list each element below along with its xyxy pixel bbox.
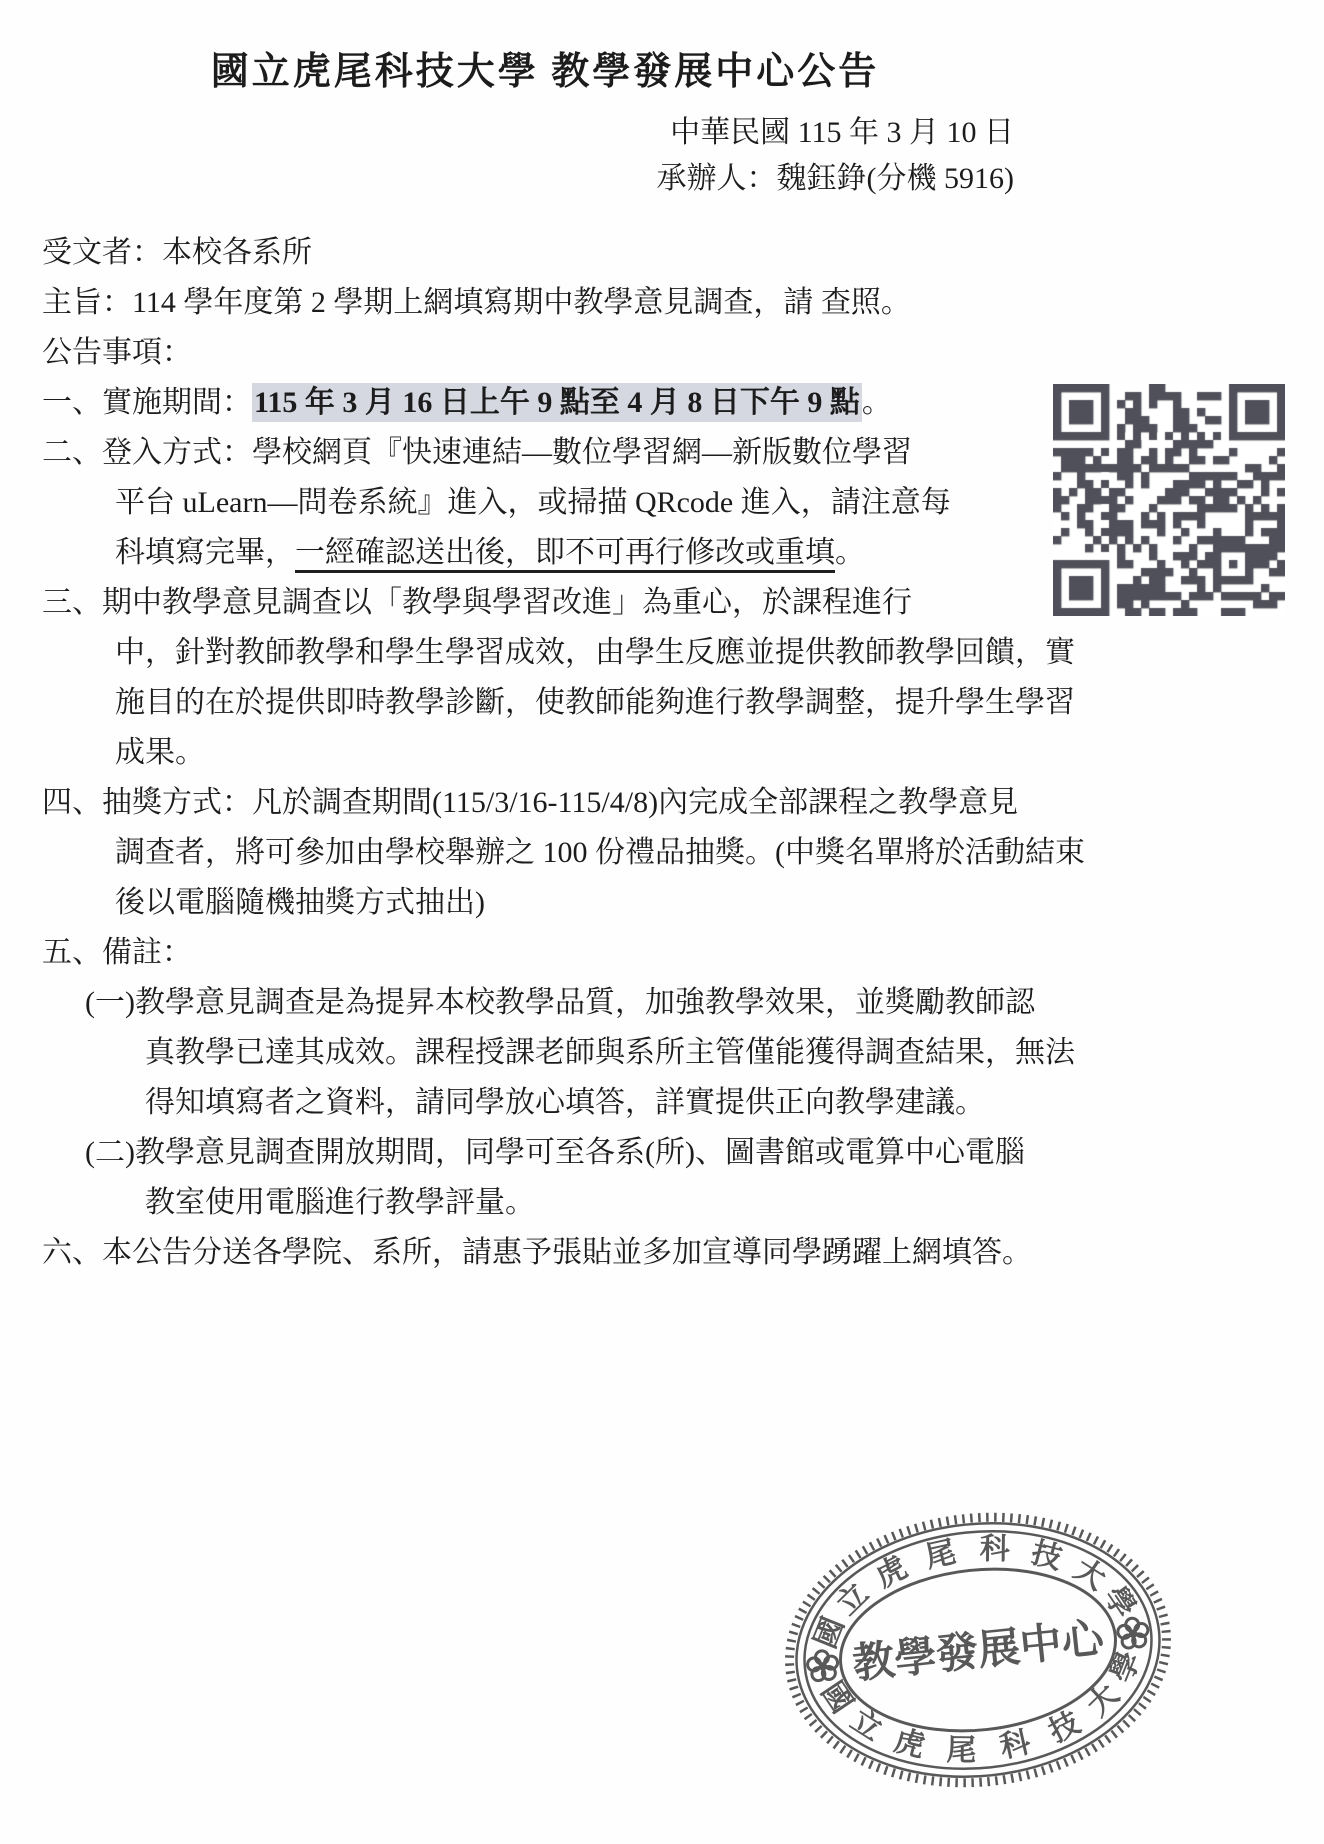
document-date: 中華民國 115 年 3 月 10 日 (0, 110, 1014, 156)
document-line: 四、抽獎方式：凡於調查期間(115/3/16-115/4/8)內完成全部課程之教… (42, 778, 1292, 828)
text-segment-normal: 二、登入方式：學校網頁『快速連結—數位學習網—新版數位學習 (42, 436, 912, 469)
text-segment-normal: 調查者，將可參加由學校舉辦之 100 份禮品抽獎。(中獎名單將於活動結束 (115, 836, 1085, 869)
text-segment-highlight: 115 年 3 月 16 日上午 9 點至 4 月 8 日下午 9 點 (252, 383, 862, 422)
document-line: 後以電腦隨機抽獎方式抽出) (42, 878, 1292, 928)
plum-blossom-icon (806, 1649, 839, 1681)
text-segment-normal: 一、實施期間： (42, 386, 252, 419)
stamp-ring-char: 國 (815, 1676, 859, 1719)
plum-blossom-icon (1117, 1617, 1150, 1649)
stamp-center-text: 教學發展中心 (850, 1615, 1108, 1688)
text-segment-normal: 四、抽獎方式：凡於調查期間(115/3/16-115/4/8)內完成全部課程之教… (42, 786, 1018, 819)
stamp-ring-char: 尾 (922, 1536, 958, 1575)
stamp-ring-char: 技 (1028, 1536, 1065, 1576)
document-meta: 中華民國 115 年 3 月 10 日 承辦人：魏鈺錚(分機 5916) (0, 110, 1014, 202)
text-segment-normal: 。 (835, 536, 865, 569)
document-line: (二)教學意見調查開放期間，同學可至各系(所)、圖書館或電算中心電腦 (42, 1128, 1292, 1178)
stamp-ring-char: 科 (997, 1725, 1034, 1765)
qr-code (1053, 384, 1285, 616)
document-title: 國立虎尾科技大學 教學發展中心公告 (0, 40, 1090, 95)
stamp-ring-char: 立 (831, 1577, 876, 1622)
text-segment-normal: 科填寫完畢， (115, 536, 295, 569)
stamp-ring-char: 大 (1081, 1678, 1126, 1723)
document-line: 施目的在於提供即時教學診斷，使教師能夠進行教學調整，提升學生學習 (42, 678, 1292, 728)
text-segment-normal: 主旨：114 學年度第 2 學期上網填寫期中教學意見調查，請 查照。 (42, 286, 911, 319)
document-handler: 承辦人：魏鈺錚(分機 5916) (0, 156, 1014, 202)
text-segment-normal: 公告事項： (42, 336, 192, 369)
document-line: 得知填寫者之資料，請同學放心填答，詳實提供正向教學建議。 (42, 1078, 1292, 1128)
text-segment-normal: 成果。 (115, 736, 205, 769)
announcement-document: 國立虎尾科技大學 教學發展中心公告 中華民國 115 年 3 月 10 日 承辦… (0, 0, 1324, 1844)
text-segment-normal: (一)教學意見調查是為提昇本校教學品質，加強教學效果，並獎勵教師認 (85, 986, 1035, 1019)
text-segment-normal: 後以電腦隨機抽獎方式抽出) (115, 886, 485, 919)
document-line: 六、本公告分送各學院、系所，請惠予張貼並多加宣導同學踴躍上網填答。 (42, 1228, 1292, 1278)
text-segment-normal: 六、本公告分送各學院、系所，請惠予張貼並多加宣導同學踴躍上網填答。 (42, 1236, 1032, 1269)
document-line: 受文者：本校各系所 (42, 228, 1292, 278)
stamp-ring-char: 科 (980, 1532, 1010, 1566)
document-line: 公告事項： (42, 328, 1292, 378)
document-line: 教室使用電腦進行教學評量。 (42, 1178, 1292, 1228)
document-line: (一)教學意見調查是為提昇本校教學品質，加強教學效果，並獎勵教師認 (42, 978, 1292, 1028)
text-segment-normal: 教室使用電腦進行教學評量。 (145, 1186, 535, 1219)
text-segment-normal: 受文者：本校各系所 (42, 236, 312, 269)
stamp-ring-char: 尾 (946, 1734, 976, 1767)
text-segment-normal: 五、備註： (42, 936, 192, 969)
text-segment-normal: 中，針對教師教學和學生學習成效，由學生反應並提供教師教學回饋，實 (115, 636, 1075, 669)
official-seal-stamp: 國立虎尾科技大學國立虎尾科技大學教學發展中心 (763, 1480, 1192, 1820)
text-segment-normal: 三、期中教學意見調查以「教學與學習改進」為重心，於課程進行 (42, 586, 912, 619)
document-line: 主旨：114 學年度第 2 學期上網填寫期中教學意見調查，請 查照。 (42, 278, 1292, 328)
stamp-ring-char: 立 (845, 1703, 888, 1747)
text-segment-normal: 施目的在於提供即時教學診斷，使教師能夠進行教學調整，提升學生學習 (115, 686, 1075, 719)
text-segment-normal: 真教學已達其成效。課程授課老師與系所主管僅能獲得調查結果，無法 (145, 1036, 1075, 1069)
text-segment-normal: 平台 uLearn—問卷系統』進入，或掃描 QRcode 進入，請注意每 (115, 486, 951, 519)
document-line: 五、備註： (42, 928, 1292, 978)
text-segment-normal: 。 (862, 386, 892, 419)
text-segment-normal: 得知填寫者之資料，請同學放心填答，詳實提供正向教學建議。 (145, 1086, 985, 1119)
document-line: 中，針對教師教學和學生學習成效，由學生反應並提供教師教學回饋，實 (42, 628, 1292, 678)
stamp-ring-char: 大 (1068, 1553, 1111, 1597)
text-segment-normal: (二)教學意見調查開放期間，同學可至各系(所)、圖書館或電算中心電腦 (85, 1136, 1025, 1169)
text-segment-underline: 一經確認送出後，即不可再行修改或重填 (295, 536, 835, 573)
document-line: 成果。 (42, 728, 1292, 778)
document-line: 真教學已達其成效。課程授課老師與系所主管僅能獲得調查結果，無法 (42, 1028, 1292, 1078)
document-line: 調查者，將可參加由學校舉辦之 100 份禮品抽獎。(中獎名單將於活動結束 (42, 828, 1292, 878)
